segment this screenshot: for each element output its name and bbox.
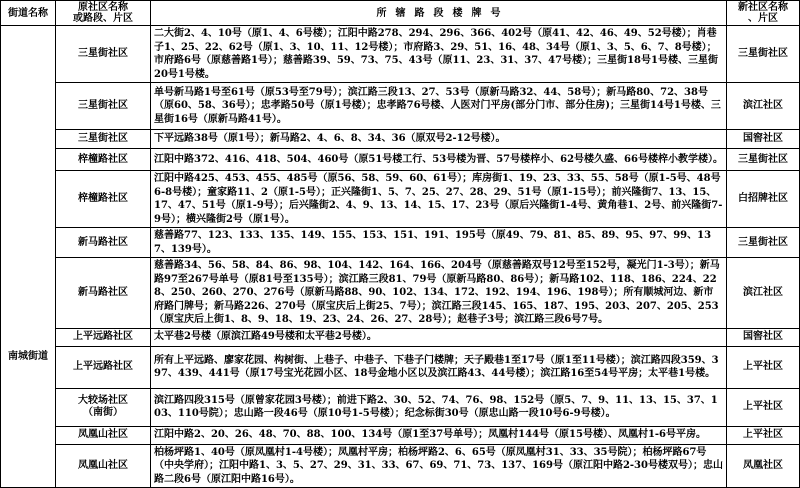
header-new-community: 新社区名称 、片区 — [727, 1, 800, 26]
table-row: 三星街社区 下平远路38号（原1号）；新马路2、4、6、8、34、36（原双号2… — [1, 130, 800, 149]
old-community-line2: （南街） — [58, 407, 148, 419]
sections-cell: 下平远路38号（原1号）；新马路2、4、6、8、34、36（原双号2-12号楼）… — [151, 130, 727, 149]
new-community-cell: 上平社区 — [727, 388, 800, 426]
header-street-name: 街道名称 — [1, 1, 56, 26]
old-community-cell: 新马路社区 — [56, 228, 151, 258]
header-old-community: 原社区名称 或路段、片区 — [56, 1, 151, 26]
sections-cell: 江阳中路372、416、418、504、460号（原51号楼工行、53号楼为晋、… — [151, 149, 727, 171]
old-community-cell: 梓橦路社区 — [56, 171, 151, 228]
header-old-community-line2: 或路段、片区 — [56, 13, 150, 24]
old-community-cell: 上平远路社区 — [56, 346, 151, 388]
old-community-cell: 新马路社区 — [56, 258, 151, 329]
old-community-cell: 上平远路社区 — [56, 328, 151, 346]
table-row: 梓橦路社区 江阳中路425、453、455、485号（原56、58、59、60、… — [1, 171, 800, 228]
table-row: 三星街社区 单号新马路1号至61号（原53号至79号）；滨江路三段13、27、5… — [1, 83, 800, 130]
new-community-cell: 国窖社区 — [727, 328, 800, 346]
sections-cell: 江阳中路425、453、455、485号（原56、58、59、60、61号）；库… — [151, 171, 727, 228]
old-community-cell: 梓橦路社区 — [56, 149, 151, 171]
sections-cell: 单号新马路1号至61号（原53号至79号）；滨江路三段13、27、53号（原新马… — [151, 83, 727, 130]
new-community-cell: 三星街社区 — [727, 26, 800, 83]
table-row: 南城街道 三星街社区 二大街2、4、10号（原1、4、6号楼）；江阳中路278、… — [1, 26, 800, 83]
header-row: 街道名称 原社区名称 或路段、片区 所辖路段楼牌号 新社区名称 、片区 — [1, 1, 800, 26]
new-community-cell: 上平社区 — [727, 346, 800, 388]
sections-cell: 滨江路四段315号（原曾家花园3号楼）；前进下路2、30、52、74、76、98… — [151, 388, 727, 426]
sections-cell: 太平巷2号楼（原滨江路49号楼和太平巷2号楼）。 — [151, 328, 727, 346]
new-community-cell: 国窖社区 — [727, 130, 800, 149]
new-community-cell: 白招牌社区 — [727, 171, 800, 228]
sections-cell: 江阳中路2、20、26、48、70、88、100、134号（原1至37号单号）；… — [151, 426, 727, 444]
sections-cell: 慈善路34、56、58、84、86、98、104、142、164、166、204… — [151, 258, 727, 329]
header-sections: 所辖路段楼牌号 — [151, 1, 727, 26]
header-new-community-line2: 、片区 — [727, 13, 799, 24]
new-community-cell: 滨江社区 — [727, 83, 800, 130]
sections-cell: 所有上平远路、廖家花园、构树街、上巷子、中巷子、下巷子门楼牌；天子殿巷1至17号… — [151, 346, 727, 388]
new-community-cell: 滨江社区 — [727, 258, 800, 329]
table-row: 凤凰山社区 江阳中路2、20、26、48、70、88、100、134号（原1至3… — [1, 426, 800, 444]
old-community-cell: 凤凰山社区 — [56, 444, 151, 488]
old-community-cell: 大较场社区 （南街） — [56, 388, 151, 426]
table-row: 上平远路社区 所有上平远路、廖家花园、构树街、上巷子、中巷子、下巷子门楼牌；天子… — [1, 346, 800, 388]
table-row: 梓橦路社区 江阳中路372、416、418、504、460号（原51号楼工行、5… — [1, 149, 800, 171]
sections-cell: 慈善路77、123、133、135、149、155、153、151、191、19… — [151, 228, 727, 258]
new-community-cell: 三星街社区 — [727, 228, 800, 258]
table-row: 上平远路社区 太平巷2号楼（原滨江路49号楼和太平巷2号楼）。 国窖社区 — [1, 328, 800, 346]
header-new-community-line1: 新社区名称 — [727, 2, 799, 13]
old-community-cell: 三星街社区 — [56, 26, 151, 83]
header-old-community-line1: 原社区名称 — [56, 2, 150, 13]
sections-cell: 二大街2、4、10号（原1、4、6号楼）；江阳中路278、294、296、366… — [151, 26, 727, 83]
sections-cell: 柏杨坪路1、40号（原凤凰村1-4号楼）；凤凰村平房；柏杨坪路2、6、65号（原… — [151, 444, 727, 488]
table-row: 新马路社区 慈善路34、56、58、84、86、98、104、142、164、1… — [1, 258, 800, 329]
new-community-cell: 上平社区 — [727, 426, 800, 444]
old-community-cell: 凤凰山社区 — [56, 426, 151, 444]
new-community-cell: 凤凰社区 — [727, 444, 800, 488]
old-community-line1: 大较场社区 — [58, 395, 148, 407]
old-community-cell: 三星街社区 — [56, 130, 151, 149]
table-row: 凤凰山社区 柏杨坪路1、40号（原凤凰村1-4号楼）；凤凰村平房；柏杨坪路2、6… — [1, 444, 800, 488]
new-community-cell: 三星街社区 — [727, 149, 800, 171]
street-name-cell: 南城街道 — [1, 26, 56, 488]
old-community-cell: 三星街社区 — [56, 83, 151, 130]
table-row: 新马路社区 慈善路77、123、133、135、149、155、153、151、… — [1, 228, 800, 258]
community-allocation-table: 街道名称 原社区名称 或路段、片区 所辖路段楼牌号 新社区名称 、片区 南城街道… — [0, 0, 800, 488]
table-row: 大较场社区 （南街） 滨江路四段315号（原曾家花园3号楼）；前进下路2、30、… — [1, 388, 800, 426]
